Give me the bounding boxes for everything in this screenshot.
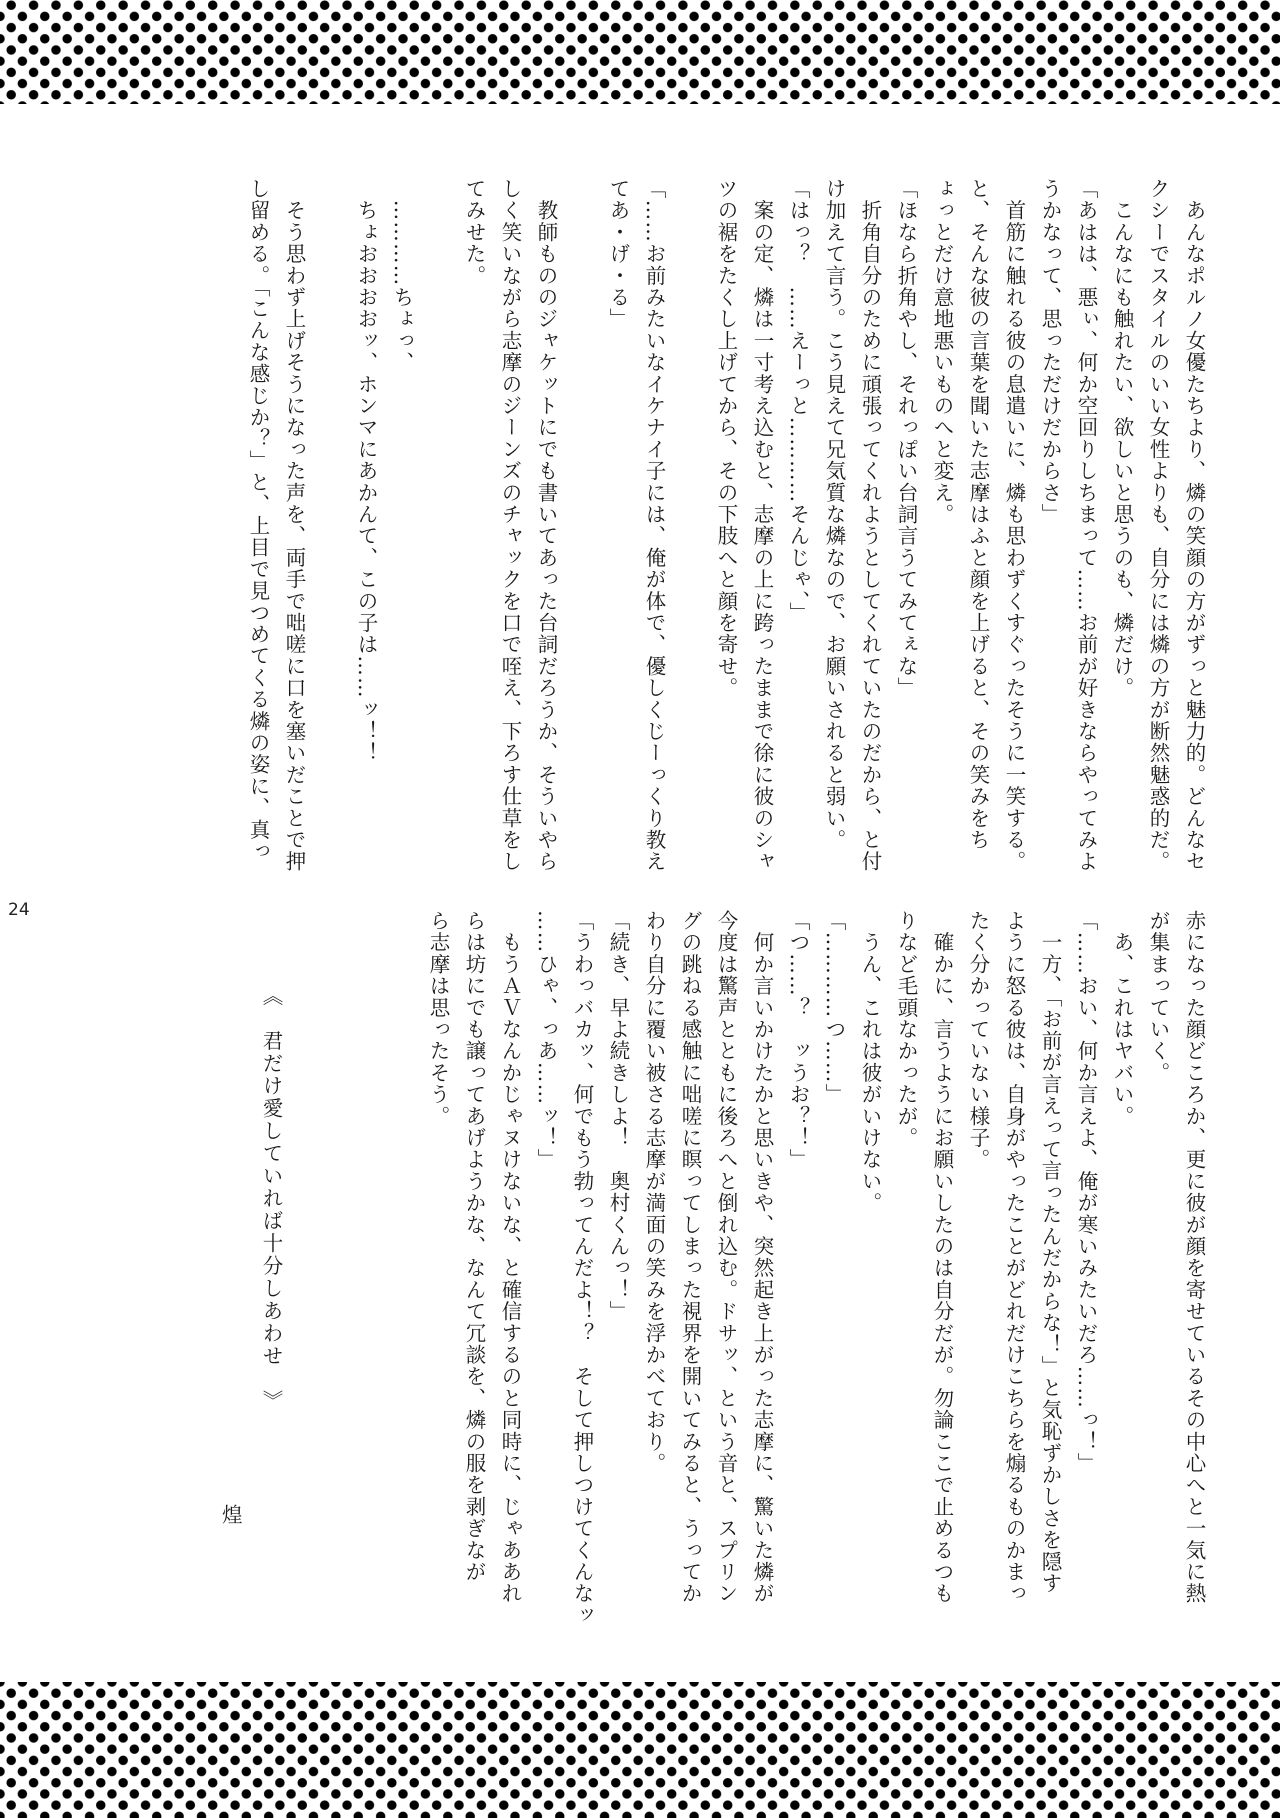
text-column: わり自分に覆い被さる志摩が満面の笑みを浮かべており。: [636, 910, 672, 1430]
text-column: 「ほなら折角やし、それっぽい台詞言うてみてぇな」: [888, 178, 924, 698]
text-column: 案の定、燐は一寸考え込むと、志摩の上に跨ったままで徐に彼のシャ: [744, 178, 780, 698]
text-column: ように怒る彼は、自身がやったことがどれだけこちらを煽るものかまっ: [996, 910, 1032, 1430]
text-column: ……ひゃ、っあ……ッ！」: [528, 910, 564, 1430]
text-column: らは坊にでも譲ってあげようかな、なんて冗談を、燐の服を剥ぎなが: [456, 910, 492, 1430]
text-column: [420, 178, 456, 698]
text-column: 「…………つ……」: [816, 910, 852, 1430]
text-column: 首筋に触れる彼の息遣いに、燐も思わずくすぐったそうに一笑する。: [996, 178, 1032, 698]
text-column: と、そんな彼の言葉を聞いた志摩はふと顔を上げると、その笑みをち: [960, 178, 996, 698]
text-column: うん、これは彼がいけない。: [852, 910, 888, 1430]
body-text-lower: 赤になった顔どころか、更に彼が顔を寄せているその中心へと一気に熱が集まっていく。…: [420, 910, 1212, 1430]
page-number: 24: [8, 900, 30, 920]
text-column: 確かに、言うようにお願いしたのは自分だが。勿論ここで止めるつも: [924, 910, 960, 1430]
text-column: うかなって、思っただけだからさ」: [1032, 178, 1068, 698]
text-column: クシーでスタイルのいい女性よりも、自分には燐の方が断然魅惑的だ。: [1140, 178, 1176, 698]
text-column: 折角自分のために頑張ってくれようとしてくれていたのだから、と付: [852, 178, 888, 698]
polka-dot-border-bottom: [0, 1682, 1280, 1818]
text-column: 「……おい、何か言えよ、俺が寒いみたいだろ……っ！」: [1068, 910, 1104, 1430]
text-column: し留める。「こんな感じか？」と、上目で見つめてくる燐の姿に、真っ: [240, 178, 276, 698]
text-column: が集まっていく。: [1140, 910, 1176, 1430]
text-column: 「はっ？ ……えーっと…………そんじゃ、」: [780, 178, 816, 698]
text-column: グの跳ねる感触に咄嗟に瞑ってしまった視界を開いてみると、うってか: [672, 910, 708, 1430]
text-column: 「続き、早よ続きしよ！ 奥村くんっ！」: [600, 910, 636, 1430]
text-column: てみせた。: [456, 178, 492, 698]
story-title: 《 君だけ愛していれば十分しあわせ 》: [256, 985, 286, 1413]
body-text-upper: あんなポルノ女優たちより、燐の笑顔の方がずっと魅力的。どんなセクシーでスタイルの…: [240, 178, 1212, 698]
text-column: てあ・げ・る」: [600, 178, 636, 698]
text-column: 赤になった顔どころか、更に彼が顔を寄せているその中心へと一気に熱: [1176, 910, 1212, 1430]
text-column: こんなにも触れたい、欲しいと思うのも、燐だけ。: [1104, 178, 1140, 698]
text-column: ら志摩は思ったそう。: [420, 910, 456, 1430]
text-column: ょっとだけ意地悪いものへと変え。: [924, 178, 960, 698]
text-column: 今度は驚声とともに後ろへと倒れ込む。ドサッ、という音と、スプリン: [708, 910, 744, 1430]
text-column: たく分かっていない様子。: [960, 910, 996, 1430]
text-column: け加えて言う。こう見えて兄気質な燐なので、お願いされると弱い。: [816, 178, 852, 698]
text-column: 何か言いかけたかと思いきや、突然起き上がった志摩に、驚いた燐が: [744, 910, 780, 1430]
polka-dot-border-top: [0, 0, 1280, 104]
text-column: しく笑いながら志摩のジーンズのチャックを口で咥え、下ろす仕草をし: [492, 178, 528, 698]
text-column: 教師もののジャケットにでも書いてあった台詞だろうか、そういやら: [528, 178, 564, 698]
text-column: …………ちょっ、: [384, 178, 420, 698]
text-column: 「あはは、悪ぃ、何か空回りしちまって……お前が好きならやってみよ: [1068, 178, 1104, 698]
text-column: 「つ……？ ッうお？！」: [780, 910, 816, 1430]
author-name: 煌: [222, 1498, 243, 1528]
text-column: 一方、「お前が言えって言ったんだからな！」と気恥ずかしさを隠す: [1032, 910, 1068, 1430]
text-column: [312, 178, 348, 698]
text-column: [672, 178, 708, 698]
text-column: 「……お前みたいなイケナイ子には、俺が体で、優しくじーっくり教え: [636, 178, 672, 698]
text-column: ちょおおおおッ、ホンマにあかんて、この子は……ッ！！: [348, 178, 384, 698]
text-column: [564, 178, 600, 698]
text-column: あんなポルノ女優たちより、燐の笑顔の方がずっと魅力的。どんなセ: [1176, 178, 1212, 698]
text-column: 「うわっバカッ、何でもう勃ってんだよ！？ そして押しつけてくんなッ: [564, 910, 600, 1430]
text-column: りなど毛頭なかったが。: [888, 910, 924, 1430]
text-column: もうＡＶなんかじゃヌけないな、と確信するのと同時に、じゃああれ: [492, 910, 528, 1430]
text-column: あ、これはヤバい。: [1104, 910, 1140, 1430]
text-column: そう思わず上げそうになった声を、両手で咄嗟に口を塞いだことで押: [276, 178, 312, 698]
text-column: ツの裾をたくし上げてから、その下肢へと顔を寄せ。: [708, 178, 744, 698]
